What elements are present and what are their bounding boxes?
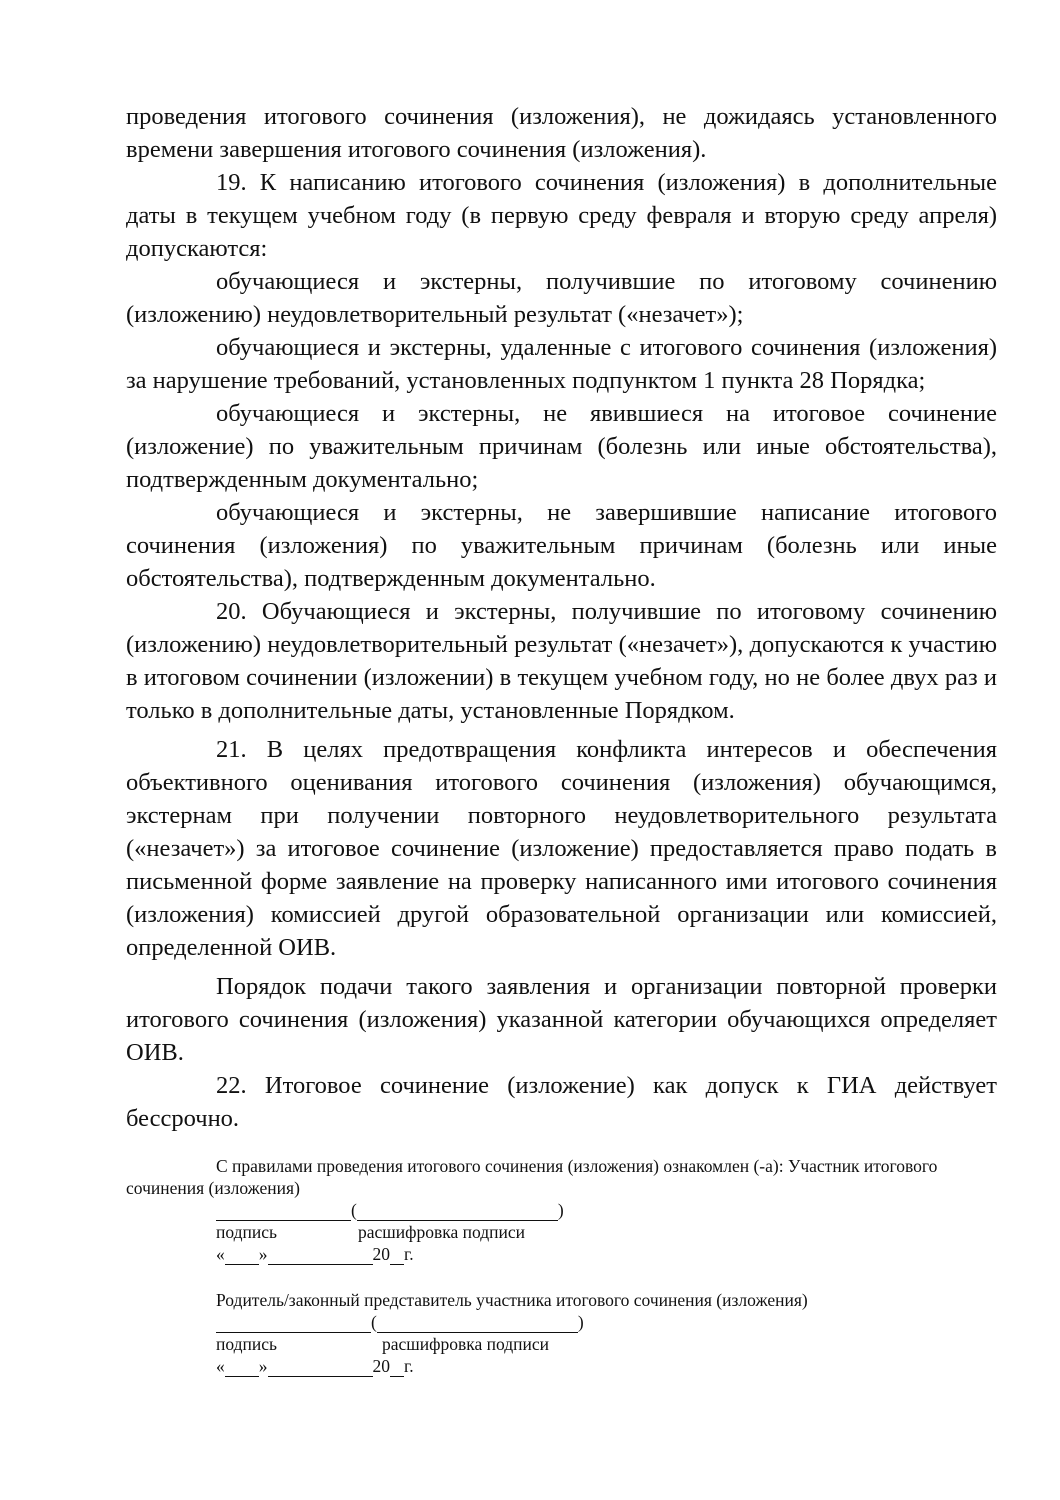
parent-name-field[interactable] — [377, 1315, 578, 1333]
participant-year-field[interactable] — [390, 1247, 404, 1265]
paragraph-continuation: проведения итогового сочинения (изложени… — [126, 100, 997, 166]
paragraph-item-19: 19. К написанию итогового сочинения (изл… — [126, 166, 997, 265]
participant-date-row: «»20г. — [216, 1243, 997, 1265]
year-suffix: г. — [404, 1356, 414, 1376]
close-paren: ) — [578, 1312, 584, 1332]
paragraph-item-21: 21. В целях предотвращения конфликта инт… — [126, 733, 997, 964]
paragraph-subitem-removed: обучающиеся и экстерны, удаленные с итог… — [126, 331, 997, 397]
quote-close: » — [259, 1356, 268, 1376]
participant-signature-block: С правилами проведения итогового сочинен… — [126, 1155, 997, 1265]
quote-open: « — [216, 1356, 225, 1376]
parent-labels-row: подписьрасшифровка подписи — [216, 1333, 997, 1355]
paragraph-item-20: 20. Обучающиеся и экстерны, получившие п… — [126, 595, 997, 727]
year-prefix: 20 — [373, 1244, 391, 1264]
parent-signature-field[interactable] — [216, 1315, 371, 1333]
quote-open: « — [216, 1244, 225, 1264]
paragraph-subitem-fail: обучающиеся и экстерны, получившие по ит… — [126, 265, 997, 331]
parent-acknowledgement: Родитель/законный представитель участник… — [216, 1289, 997, 1311]
paragraph-subitem-incomplete: обучающиеся и экстерны, не завершившие н… — [126, 496, 997, 595]
quote-close: » — [259, 1244, 268, 1264]
year-suffix: г. — [404, 1244, 414, 1264]
parent-sign-label: подпись — [216, 1333, 382, 1355]
parent-month-field[interactable] — [268, 1359, 373, 1377]
participant-acknowledgement: С правилами проведения итогового сочинен… — [126, 1155, 997, 1199]
participant-labels-row: подписьрасшифровка подписи — [216, 1221, 997, 1243]
document-body: проведения итогового сочинения (изложени… — [126, 100, 997, 1135]
parent-signature-row: () — [216, 1311, 997, 1333]
paragraph-review-procedure: Порядок подачи такого заявления и органи… — [126, 970, 997, 1069]
participant-name-field[interactable] — [357, 1203, 558, 1221]
signature-section: С правилами проведения итогового сочинен… — [126, 1155, 997, 1377]
parent-decode-label: расшифровка подписи — [382, 1334, 549, 1354]
participant-sign-label: подпись — [216, 1221, 358, 1243]
parent-day-field[interactable] — [225, 1359, 259, 1377]
participant-signature-row: () — [216, 1199, 997, 1221]
parent-signature-block: Родитель/законный представитель участник… — [216, 1289, 997, 1377]
participant-month-field[interactable] — [268, 1247, 373, 1265]
close-paren: ) — [558, 1200, 564, 1220]
year-prefix: 20 — [373, 1356, 391, 1376]
participant-day-field[interactable] — [225, 1247, 259, 1265]
paragraph-item-22: 22. Итоговое сочинение (изложение) как д… — [126, 1069, 997, 1135]
parent-date-row: «»20г. — [216, 1355, 997, 1377]
paragraph-subitem-absent: обучающиеся и экстерны, не явившиеся на … — [126, 397, 997, 496]
participant-decode-label: расшифровка подписи — [358, 1222, 525, 1242]
participant-signature-field[interactable] — [216, 1203, 351, 1221]
parent-year-field[interactable] — [390, 1359, 404, 1377]
